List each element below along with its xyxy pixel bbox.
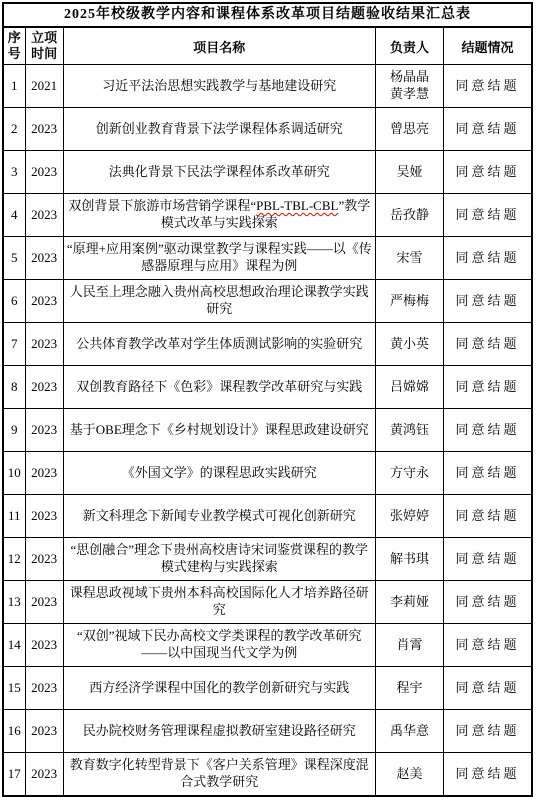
row-project-title-cell: 基于OBE理念下《乡村规划设计》课程思政建设研究 bbox=[63, 409, 375, 452]
col-header-project: 项目名称 bbox=[63, 27, 375, 65]
row-year-cell: 2023 bbox=[25, 538, 63, 581]
table-row: 9 2023 基于OBE理念下《乡村规划设计》课程思政建设研究 黄鸿钰 同意结题 bbox=[3, 409, 532, 452]
row-number-cell: 9 bbox=[3, 409, 25, 452]
header-row: 序 号 立项 时间 项目名称 负责人 结题情况 bbox=[3, 27, 532, 65]
row-status-cell: 同意结题 bbox=[444, 538, 532, 581]
row-project-title-cell: 公共体育教学改革对学生体质测试影响的实验研究 bbox=[63, 323, 375, 366]
row-status-cell: 同意结题 bbox=[444, 495, 532, 538]
row-status-cell: 同意结题 bbox=[444, 667, 532, 710]
row-number-cell: 11 bbox=[3, 495, 25, 538]
row-year-cell: 2023 bbox=[25, 237, 63, 280]
page-title: 2025年校级教学内容和课程体系改革项目结题验收结果汇总表 bbox=[3, 3, 532, 27]
table-row: 7 2023 公共体育教学改革对学生体质测试影响的实验研究 黄小英 同意结题 bbox=[3, 323, 532, 366]
row-status-cell: 同意结题 bbox=[444, 452, 532, 495]
table-row: 2 2023 创新创业教育背景下法学课程体系调适研究 曾思亮 同意结题 bbox=[3, 108, 532, 151]
row-project-title-cell: 双创背景下旅游市场营销学课程“PBL-TBL-CBL”教学模式改革与实践探索 bbox=[63, 194, 375, 237]
row-status-cell: 同意结题 bbox=[444, 237, 532, 280]
row-leader-cell: 禹华意 bbox=[375, 710, 443, 753]
row-number-cell: 6 bbox=[3, 280, 25, 323]
row-project-title-cell: “双创”视域下民办高校文学类课程的教学改革研究——以中国现当代文学为例 bbox=[63, 624, 375, 667]
row-year-cell: 2023 bbox=[25, 624, 63, 667]
row-status-cell: 同意结题 bbox=[444, 194, 532, 237]
row-number-cell: 4 bbox=[3, 194, 25, 237]
table-row: 5 2023 “原理+应用案例”驱动课堂教学与课程实践——以《传感器原理与应用》… bbox=[3, 237, 532, 280]
row-number-cell: 10 bbox=[3, 452, 25, 495]
col-header-status: 结题情况 bbox=[444, 27, 532, 65]
row-number-cell: 2 bbox=[3, 108, 25, 151]
row-project-title-cell: 法典化背景下民法学课程体系改革研究 bbox=[63, 151, 375, 194]
row-leader-cell: 解书琪 bbox=[375, 538, 443, 581]
row-leader-cell: 方守永 bbox=[375, 452, 443, 495]
row-leader-cell: 岳孜静 bbox=[375, 194, 443, 237]
row-number-cell: 8 bbox=[3, 366, 25, 409]
row-year-cell: 2023 bbox=[25, 667, 63, 710]
row-project-title-cell: 习近平法治思想实践教学与基地建设研究 bbox=[63, 65, 375, 108]
summary-sheet: 2025年校级教学内容和课程体系改革项目结题验收结果汇总表 序 号 立项 时间 … bbox=[2, 2, 533, 797]
row-year-cell: 2023 bbox=[25, 366, 63, 409]
row-year-cell: 2023 bbox=[25, 108, 63, 151]
table-row: 17 2023 教育数字化转型背景下《客户关系管理》课程深度混合式教学研究 赵美… bbox=[3, 753, 532, 797]
spellcheck-underlined-text: PBL-TBL-CBL bbox=[256, 198, 338, 213]
row-project-title-cell: 课程思政视域下贵州本科高校国际化人才培养路径研究 bbox=[63, 581, 375, 624]
row-leader-cell: 黄小英 bbox=[375, 323, 443, 366]
row-project-title-cell: 人民至上理念融入贵州高校思想政治理论课教学实践研究 bbox=[63, 280, 375, 323]
row-year-cell: 2023 bbox=[25, 151, 63, 194]
row-status-cell: 同意结题 bbox=[444, 151, 532, 194]
row-year-cell: 2023 bbox=[25, 452, 63, 495]
col-header-leader: 负责人 bbox=[375, 27, 443, 65]
summary-table: 2025年校级教学内容和课程体系改革项目结题验收结果汇总表 序 号 立项 时间 … bbox=[2, 2, 533, 797]
row-status-cell: 同意结题 bbox=[444, 581, 532, 624]
table-row: 6 2023 人民至上理念融入贵州高校思想政治理论课教学实践研究 严梅梅 同意结… bbox=[3, 280, 532, 323]
row-year-cell: 2023 bbox=[25, 323, 63, 366]
row-year-cell: 2023 bbox=[25, 280, 63, 323]
row-number-cell: 1 bbox=[3, 65, 25, 108]
row-status-cell: 同意结题 bbox=[444, 65, 532, 108]
row-project-title-cell: 《外国文学》的课程思政实践研究 bbox=[63, 452, 375, 495]
row-status-cell: 同意结题 bbox=[444, 366, 532, 409]
row-leader-cell: 赵美 bbox=[375, 753, 443, 797]
row-year-cell: 2021 bbox=[25, 65, 63, 108]
row-status-cell: 同意结题 bbox=[444, 409, 532, 452]
table-row: 1 2021 习近平法治思想实践教学与基地建设研究 杨晶晶 黄孝慧 同意结题 bbox=[3, 65, 532, 108]
row-project-title-cell: 双创教育路径下《色彩》课程教学改革研究与实践 bbox=[63, 366, 375, 409]
row-number-cell: 12 bbox=[3, 538, 25, 581]
row-status-cell: 同意结题 bbox=[444, 710, 532, 753]
row-year-cell: 2023 bbox=[25, 409, 63, 452]
row-project-title-cell: 西方经济学课程中国化的教学创新研究与实践 bbox=[63, 667, 375, 710]
table-row: 14 2023 “双创”视域下民办高校文学类课程的教学改革研究——以中国现当代文… bbox=[3, 624, 532, 667]
row-project-title-cell: “原理+应用案例”驱动课堂教学与课程实践——以《传感器原理与应用》课程为例 bbox=[63, 237, 375, 280]
table-row: 3 2023 法典化背景下民法学课程体系改革研究 吴娅 同意结题 bbox=[3, 151, 532, 194]
col-header-year: 立项 时间 bbox=[25, 27, 63, 65]
row-leader-cell: 张婷婷 bbox=[375, 495, 443, 538]
row-leader-cell: 肖霄 bbox=[375, 624, 443, 667]
row-status-cell: 同意结题 bbox=[444, 753, 532, 797]
table-body: 1 2021 习近平法治思想实践教学与基地建设研究 杨晶晶 黄孝慧 同意结题 2… bbox=[3, 65, 532, 797]
row-number-cell: 7 bbox=[3, 323, 25, 366]
row-year-cell: 2023 bbox=[25, 194, 63, 237]
table-row: 10 2023 《外国文学》的课程思政实践研究 方守永 同意结题 bbox=[3, 452, 532, 495]
row-number-cell: 15 bbox=[3, 667, 25, 710]
row-number-cell: 14 bbox=[3, 624, 25, 667]
table-row: 15 2023 西方经济学课程中国化的教学创新研究与实践 程宇 同意结题 bbox=[3, 667, 532, 710]
row-number-cell: 17 bbox=[3, 753, 25, 797]
row-project-title-cell: 新文科理念下新闻专业教学模式可视化创新研究 bbox=[63, 495, 375, 538]
table-row: 12 2023 “思创融合”理念下贵州高校唐诗宋词鉴赏课程的教学模式建构与实践探… bbox=[3, 538, 532, 581]
row-leader-cell: 严梅梅 bbox=[375, 280, 443, 323]
row-leader-cell: 程宇 bbox=[375, 667, 443, 710]
table-row: 4 2023 双创背景下旅游市场营销学课程“PBL-TBL-CBL”教学模式改革… bbox=[3, 194, 532, 237]
row-project-title-cell: 教育数字化转型背景下《客户关系管理》课程深度混合式教学研究 bbox=[63, 753, 375, 797]
row-number-cell: 5 bbox=[3, 237, 25, 280]
row-project-title-cell: 创新创业教育背景下法学课程体系调适研究 bbox=[63, 108, 375, 151]
row-status-cell: 同意结题 bbox=[444, 323, 532, 366]
row-year-cell: 2023 bbox=[25, 495, 63, 538]
row-project-title-cell: “思创融合”理念下贵州高校唐诗宋词鉴赏课程的教学模式建构与实践探索 bbox=[63, 538, 375, 581]
row-leader-cell: 吴娅 bbox=[375, 151, 443, 194]
row-year-cell: 2023 bbox=[25, 581, 63, 624]
row-year-cell: 2023 bbox=[25, 753, 63, 797]
row-leader-cell: 宋雪 bbox=[375, 237, 443, 280]
row-leader-cell: 吕嫦嫦 bbox=[375, 366, 443, 409]
row-status-cell: 同意结题 bbox=[444, 624, 532, 667]
table-row: 13 2023 课程思政视域下贵州本科高校国际化人才培养路径研究 李莉娅 同意结… bbox=[3, 581, 532, 624]
row-leader-cell: 李莉娅 bbox=[375, 581, 443, 624]
col-header-no: 序 号 bbox=[3, 27, 25, 65]
row-leader-cell: 黄鸿钰 bbox=[375, 409, 443, 452]
table-row: 16 2023 民办院校财务管理课程虚拟教研室建设路径研究 禹华意 同意结题 bbox=[3, 710, 532, 753]
row-number-cell: 16 bbox=[3, 710, 25, 753]
row-status-cell: 同意结题 bbox=[444, 108, 532, 151]
table-row: 8 2023 双创教育路径下《色彩》课程教学改革研究与实践 吕嫦嫦 同意结题 bbox=[3, 366, 532, 409]
row-project-title-cell: 民办院校财务管理课程虚拟教研室建设路径研究 bbox=[63, 710, 375, 753]
row-year-cell: 2023 bbox=[25, 710, 63, 753]
row-number-cell: 3 bbox=[3, 151, 25, 194]
row-status-cell: 同意结题 bbox=[444, 280, 532, 323]
row-leader-cell: 杨晶晶 黄孝慧 bbox=[375, 65, 443, 108]
title-row: 2025年校级教学内容和课程体系改革项目结题验收结果汇总表 bbox=[3, 3, 532, 27]
row-leader-cell: 曾思亮 bbox=[375, 108, 443, 151]
table-row: 11 2023 新文科理念下新闻专业教学模式可视化创新研究 张婷婷 同意结题 bbox=[3, 495, 532, 538]
row-number-cell: 13 bbox=[3, 581, 25, 624]
